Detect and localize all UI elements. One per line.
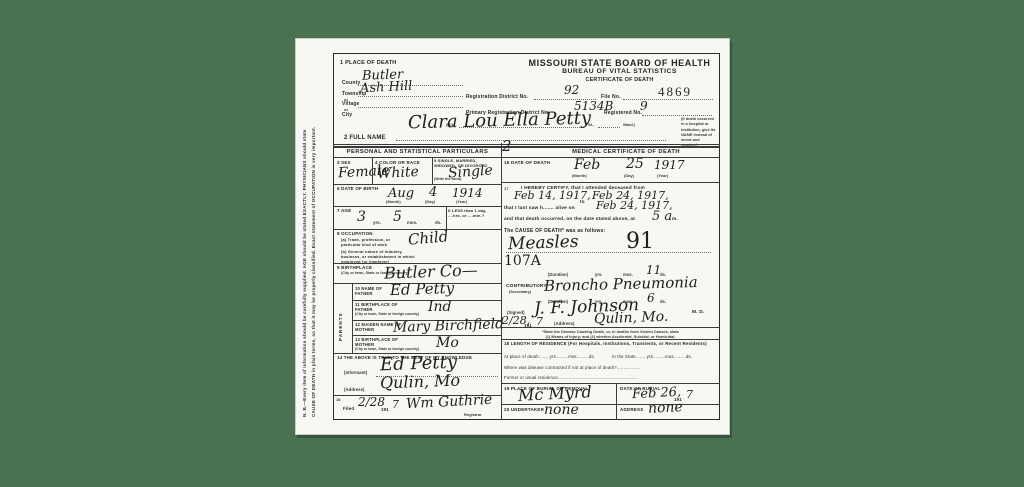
death-certificate-scan: N. B.—Every item of information should b… [295, 38, 730, 435]
cell-divider [616, 383, 617, 404]
mother-birthplace-sub: (City or town, State or foreign country) [355, 347, 419, 351]
occupation-label: 8 OCCUPATION [337, 231, 373, 236]
registered-no-label: Registered No. [604, 110, 642, 116]
death-occurred-label: and that death occurred, on the date sta… [504, 217, 635, 223]
disease-contracted-label: Where was disease contracted if not at p… [504, 365, 640, 370]
registered-no-value: 9 [640, 100, 648, 112]
occupation-value: Child [407, 229, 448, 247]
former-residence-label: Former or usual residence...............… [504, 375, 638, 380]
rule [333, 144, 720, 145]
day-caption: (Day) [425, 199, 435, 204]
death-day-value: 25 [626, 157, 644, 171]
father-name-value: Ed Petty [390, 281, 455, 298]
contributory-value: Broncho Pneumonia [544, 275, 698, 294]
township-value: Ash Hill [360, 80, 413, 96]
cell-divider [432, 157, 433, 184]
page-number-handwritten: 2 [502, 139, 512, 154]
secondary-caption: (Secondary) [509, 290, 531, 294]
age-years-value: 3 [357, 210, 366, 224]
month-caption: (Month) [572, 173, 587, 178]
filed-item-number: 15 [336, 397, 340, 402]
undertaker-value: none [544, 403, 579, 417]
informant-address-value: Qulin, Mo [380, 373, 461, 392]
signed-address-caption: (Address) [554, 321, 575, 326]
filed-year-digit: 7 [392, 399, 399, 410]
md-label: M. D. [692, 310, 704, 316]
dotted-line [598, 127, 620, 128]
cell-divider [446, 206, 447, 229]
birthplace-label: 9 BIRTHPLACE [337, 265, 372, 270]
undertaker-address-value: none [648, 400, 683, 416]
signed-address-value: Qulin, Mo. [594, 310, 669, 327]
undertaker-address-label: ADDRESS [620, 407, 643, 412]
dotted-line [623, 99, 713, 100]
rule [501, 383, 720, 384]
age-note: If LESS than 1 day, ....hrs. or ....min.… [448, 208, 498, 218]
age-label: 7 AGE [337, 208, 351, 213]
dotted-line [358, 107, 463, 108]
to-label: to [580, 199, 585, 205]
cause-code2-value: 107A [504, 254, 541, 268]
filed-year-printed: 191 [381, 407, 389, 412]
date-of-birth-label: 6 DATE OF BIRTH [337, 186, 378, 191]
personal-section-title: PERSONAL AND STATISTICAL PARTICULARS [334, 149, 501, 156]
masthead-certificate: CERTIFICATE OF DEATH [521, 77, 718, 83]
medical-section-title: MEDICAL CERTIFICATE OF DEATH [534, 149, 718, 156]
parents-vertical-label: PARENTS [338, 297, 343, 341]
cause-code-value: 91 [626, 231, 654, 253]
rule [333, 206, 501, 207]
place-of-burial-value: Mc Myrd [518, 384, 592, 404]
mos-caption: mos. [407, 220, 417, 225]
rule [501, 404, 720, 405]
cell-divider [352, 283, 353, 353]
cell-divider [616, 404, 617, 420]
margin-note-line1: N. B.—Every item of information should b… [302, 67, 307, 417]
father-birthplace-sub: (City or town, State or foreign country) [355, 312, 419, 316]
file-no-value: 4869 [658, 84, 692, 100]
registrar-label: Registrar [464, 412, 482, 417]
date-of-death-label: 16 DATE OF DEATH [504, 160, 550, 166]
death-year-value: 1917 [654, 159, 685, 171]
street-ward-label: Ward.) [623, 122, 635, 127]
in-the-state-label: In the State........yrs.........mos.....… [612, 354, 692, 359]
death-month-value: Feb [574, 158, 600, 172]
full-name-value: Clara Lou Ella Petty [408, 110, 592, 133]
ds-caption: ds. [660, 299, 666, 304]
length-of-residence-label: 18 LENGTH OF RESIDENCE (For Hospitals, I… [504, 341, 714, 347]
age-months-value: 5 [393, 210, 402, 224]
ds-caption: ds. [435, 220, 441, 225]
rule [352, 335, 501, 336]
undertaker-label: 20 UNDERTAKER [504, 407, 544, 412]
death-hour-value: 5 a [652, 210, 672, 223]
filed-label: Filed [343, 406, 354, 411]
month-caption: (Month) [386, 199, 401, 204]
dotted-line [358, 96, 463, 97]
dotted-line [396, 140, 666, 141]
certify-item-number: 17 [504, 186, 508, 191]
masthead-bureau: BUREAU OF VITAL STATISTICS [521, 68, 718, 76]
contributory-label: CONTRIBUTORY [506, 284, 547, 290]
rule [333, 184, 501, 185]
informant-address-caption: (Address) [344, 387, 365, 392]
marital-value: Single [448, 163, 494, 180]
color-race-value: White [377, 165, 419, 181]
occupation-a-label: (a) Trade, profession, or particular kin… [341, 237, 407, 247]
rule [501, 339, 720, 340]
last-saw-label: that I last saw h....... alive on [504, 206, 575, 212]
rule [333, 146, 720, 148]
informant-caption: (Informant) [344, 370, 367, 375]
contributory-duration-days-value: 6 [647, 292, 655, 304]
m-label: m. [672, 217, 678, 223]
place-of-death-label: 1 PLACE OF DEATH [340, 60, 397, 67]
registration-district-value: 92 [564, 84, 579, 96]
at-place-of-death-label: At place of death........yrs.........mos… [504, 354, 595, 359]
yrs-caption: yrs. [373, 220, 381, 225]
mother-maiden-name-value: Mary Birchfield [393, 317, 505, 335]
burial-year-digit: 7 [686, 389, 693, 400]
column-divider [501, 143, 502, 420]
day-caption: (Day) [624, 173, 634, 178]
year-caption: (Year) [657, 173, 668, 178]
cause-of-death-value: Measles [508, 234, 579, 253]
birth-day-value: 4 [429, 186, 437, 199]
viewport-background: N. B.—Every item of information should b… [0, 0, 1024, 487]
cell-divider [372, 157, 373, 184]
city-label: City [342, 112, 352, 118]
mother-birthplace-value: Mo [436, 336, 459, 350]
rule [352, 300, 501, 301]
registration-district-label: Registration District No. [466, 94, 528, 100]
father-birthplace-value: Ind [428, 300, 452, 314]
year-caption: (Year) [456, 199, 467, 204]
margin-note-line2: CAUSE OF DEATH in plain terms, so that i… [311, 67, 316, 417]
rule [501, 182, 720, 183]
footnote-line2: (1) Means of Injury; and (2) whether Acc… [503, 334, 718, 339]
birth-year-value: 1914 [452, 187, 483, 199]
full-name-label: 2 FULL NAME [344, 135, 386, 142]
screen: { "colors": { "background": "#4a7150", "… [0, 0, 1024, 487]
signed-year-digit: 7 [536, 316, 543, 327]
